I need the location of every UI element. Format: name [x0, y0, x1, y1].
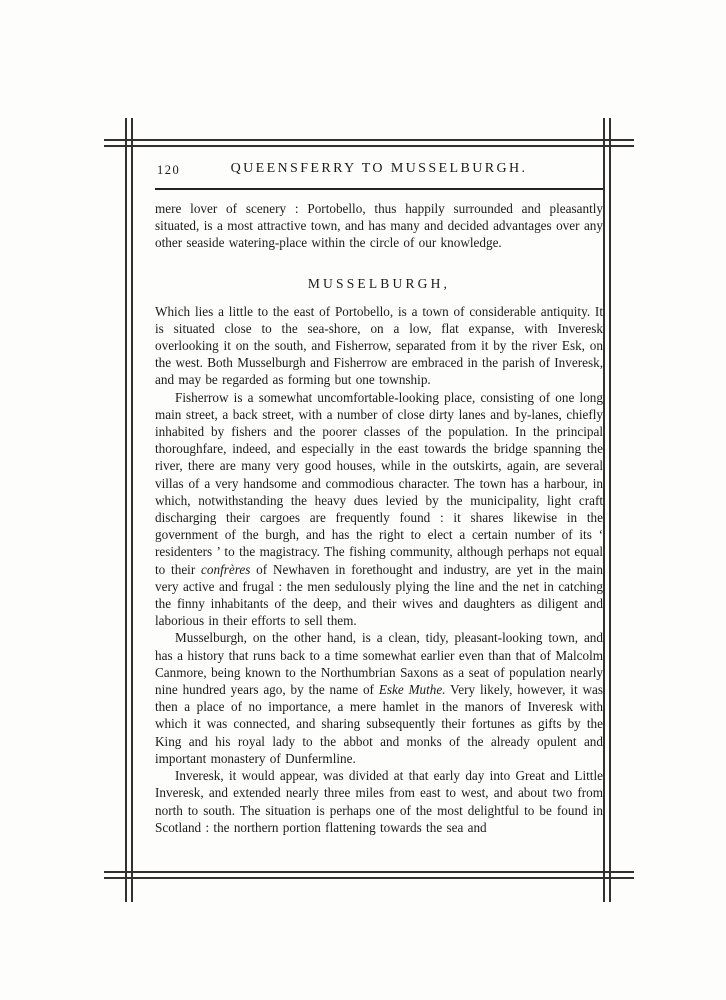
page-number: 120: [157, 163, 180, 178]
frame-line-left-inner: [131, 118, 133, 902]
frame-line-right-outer: [609, 118, 611, 902]
running-header: 120 QUEENSFERRY TO MUSSELBURGH.: [155, 160, 603, 200]
paragraph: Musselburgh, on the other hand, is a cle…: [155, 629, 603, 767]
paragraph: Fisherrow is a somewhat uncomfortable-lo…: [155, 389, 603, 630]
book-page: 120 QUEENSFERRY TO MUSSELBURGH. mere lov…: [0, 0, 726, 1000]
frame-line-bottom-outer: [104, 877, 634, 879]
paragraph: Inveresk, it would appear, was divided a…: [155, 767, 603, 836]
frame-line-top-inner: [104, 145, 634, 147]
frame-line-top-outer: [104, 139, 634, 141]
frame-line-right-inner: [603, 118, 605, 902]
frame-line-left-outer: [125, 118, 127, 902]
paragraph: Which lies a little to the east of Porto…: [155, 303, 603, 389]
page-body: mere lover of scenery : Portobello, thus…: [155, 200, 603, 836]
header-rule: [155, 188, 603, 190]
page-content: 120 QUEENSFERRY TO MUSSELBURGH. mere lov…: [155, 160, 603, 836]
running-title: QUEENSFERRY TO MUSSELBURGH.: [155, 160, 603, 177]
section-heading: MUSSELBURGH,: [155, 276, 603, 291]
paragraph: mere lover of scenery : Portobello, thus…: [155, 200, 603, 252]
frame-line-bottom-inner: [104, 871, 634, 873]
